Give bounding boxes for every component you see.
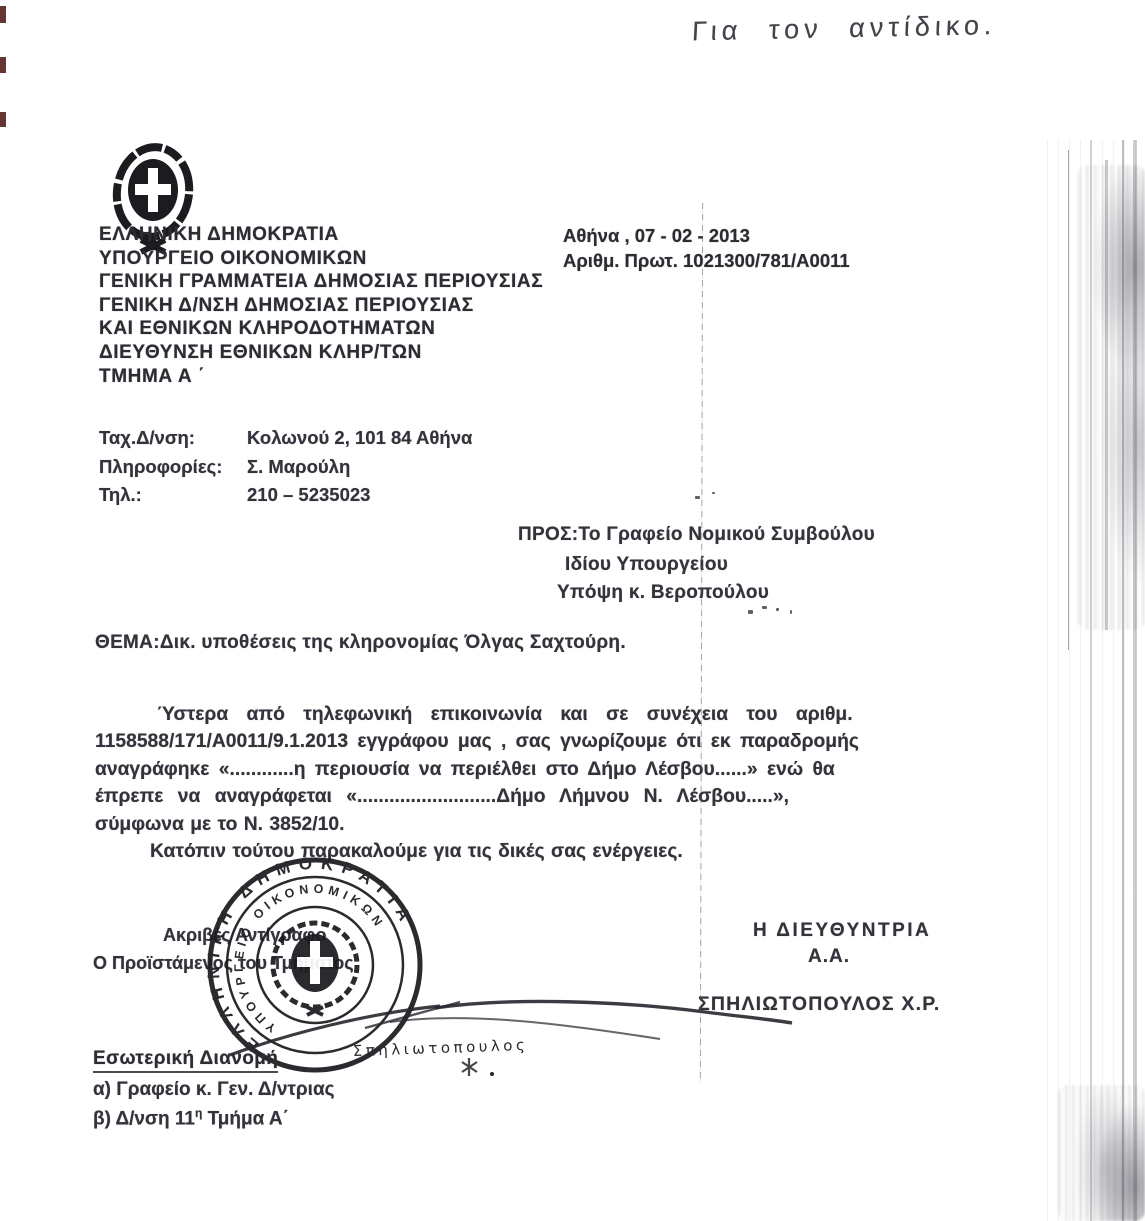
dateline-block: Αθήνα , 07 - 02 - 2013 Αριθμ. Πρωτ. 1021… xyxy=(563,223,983,273)
contact-label: Τηλ.: xyxy=(99,481,247,510)
body-line: έπρεπε να αναγράφεται «.................… xyxy=(95,783,979,810)
body-line: 1158588/171/Α0011/9.1.2013 εγγράφου μας … xyxy=(95,728,979,755)
city-date: Αθήνα , 07 - 02 - 2013 xyxy=(563,223,983,248)
distribution-heading: Εσωτερική Διανομή xyxy=(93,1048,278,1073)
distribution-item-b-text: Τμήμα Α΄ xyxy=(202,1108,289,1129)
body-line: σύμφωνα με το Ν. 3852/10. xyxy=(95,811,979,838)
contact-row: Πληροφορίες:Σ. Μαρούλη xyxy=(99,453,559,482)
letterhead-line: ΔΙΕΥΘΥΝΣΗ ΕΘΝΙΚΩΝ ΚΛΗΡ/ΤΩΝ xyxy=(99,341,619,365)
distribution-item-a: α) Γραφείο κ. Γεν. Δ/ντριας xyxy=(93,1079,335,1101)
body-line: Ύστερα από τηλεφωνική επικοινωνία και σε… xyxy=(95,701,979,728)
ink-speck xyxy=(712,492,715,494)
handwritten-note: Για τον αντίδικο. xyxy=(691,8,1112,48)
ink-speck xyxy=(790,610,792,614)
contact-value: Σ. Μαρούλη xyxy=(247,456,350,477)
letterhead: ΕΛΛΗΝΙΚΗ ΔΗΜΟΚΡΑΤΙΑ ΥΠΟΥΡΓΕΙΟ ΟΙΚΟΝΟΜΙΚΩ… xyxy=(99,223,619,388)
letterhead-line: ΓΕΝΙΚΗ ΓΡΑΜΜΑΤΕΙΑ ΔΗΜΟΣΙΑΣ ΠΕΡΙΟΥΣΙΑΣ xyxy=(99,270,619,294)
contact-value: 210 – 5235023 xyxy=(247,484,370,505)
letterhead-line: ΕΛΛΗΝΙΚΗ ΔΗΜΟΚΡΑΤΙΑ xyxy=(99,223,619,247)
body-line: αναγράφηκε «............η περιουσία να π… xyxy=(95,756,979,783)
letterhead-line: ΥΠΟΥΡΓΕΙΟ ΟΙΚΟΝΟΜΙΚΩΝ xyxy=(99,247,619,271)
scan-edge-mark xyxy=(0,112,6,127)
contact-value: Κολωνού 2, 101 84 Αθήνα xyxy=(247,427,472,448)
ink-speck xyxy=(776,608,779,611)
contact-row: Ταχ.Δ/νση:Κολωνού 2, 101 84 Αθήνα xyxy=(99,424,559,453)
ink-speck xyxy=(695,496,700,499)
scanner-smudge-top xyxy=(1078,165,1145,630)
contact-label: Πληροφορίες: xyxy=(99,453,247,482)
scanner-streak-line xyxy=(1068,150,1069,650)
ink-speck xyxy=(762,606,767,609)
scan-edge-mark xyxy=(0,6,6,23)
handwritten-signature-name: Σπηλιωτοπουλος xyxy=(353,1036,529,1060)
letterhead-line: ΚΑΙ ΕΘΝΙΚΩΝ ΚΛΗΡΟΔΟΤΗΜΑΤΩΝ xyxy=(99,317,619,341)
scan-edge-mark xyxy=(0,57,6,73)
body-paragraph: Ύστερα από τηλεφωνική επικοινωνία και σε… xyxy=(95,701,979,865)
letterhead-line: ΤΜΗΜΑ Α ΄ xyxy=(99,365,619,389)
distribution-item-b: β) Δ/νση 11η Τμήμα Α΄ xyxy=(93,1106,289,1130)
letterhead-line: ΓΕΝΙΚΗ Δ/ΝΣΗ ΔΗΜΟΣΙΑΣ ΠΕΡΙΟΥΣΙΑΣ xyxy=(99,294,619,318)
recipient-line-2: Ιδίου Υπουργείου xyxy=(565,554,728,576)
contact-label: Ταχ.Δ/νση: xyxy=(99,424,247,453)
ink-speck xyxy=(748,610,753,614)
scanned-letter-page: Για τον αντίδικο. ΕΛΛΗΝΙΚΗ ΔΗΜΟΚΡΑΤΙΑ ΥΠ… xyxy=(0,0,1145,1221)
contact-row: Τηλ.:210 – 5235023 xyxy=(99,481,559,510)
scanner-smudge-bottom xyxy=(1058,1085,1145,1221)
contact-block: Ταχ.Δ/νση:Κολωνού 2, 101 84 Αθήνα Πληροφ… xyxy=(99,424,559,510)
protocol-number: Αριθμ. Πρωτ. 1021300/781/Α0011 xyxy=(563,248,983,273)
distribution-item-b-text: β) Δ/νση 11 xyxy=(93,1108,195,1129)
recipient-line-1: ΠΡΟΣ:Το Γραφείο Νομικού Συμβούλου xyxy=(518,524,875,546)
recipient-line-3: Υπόψη κ. Βεροπούλου xyxy=(557,582,769,604)
subject-line: ΘΕΜΑ:Δικ. υποθέσεις της κληρονομίας Όλγα… xyxy=(95,632,795,654)
